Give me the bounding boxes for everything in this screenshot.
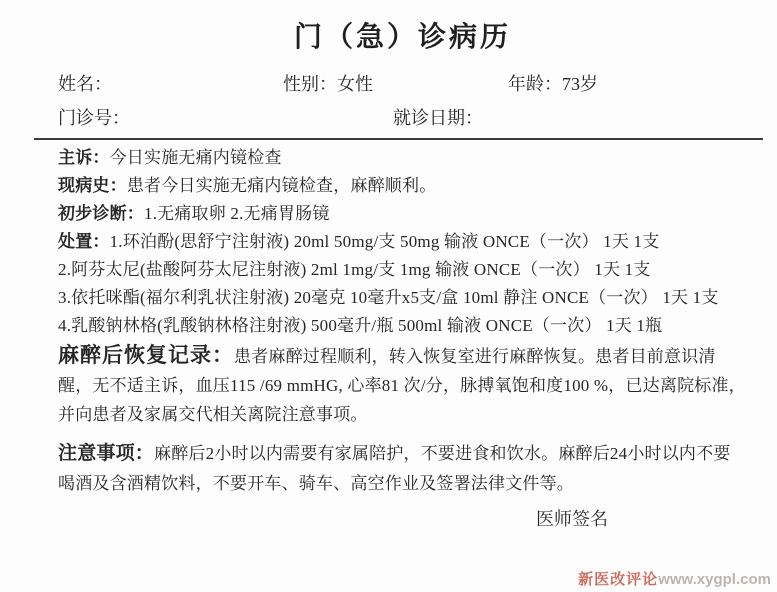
patient-name-label: 姓名： bbox=[58, 74, 112, 94]
patient-gender-label: 性别： bbox=[283, 74, 337, 94]
recovery-record-label: 麻醉后恢复记录： bbox=[58, 343, 234, 367]
page-title: 门（急）诊病历 bbox=[58, 20, 747, 56]
disposition-item-1-line: 处置：1.环泊酚(思舒宁注射液) 20ml 50mg/支 50mg 输液 ONC… bbox=[58, 228, 747, 256]
patient-gender-field: 性别：女性 bbox=[283, 72, 508, 96]
patient-age-value: 73岁 bbox=[562, 74, 598, 94]
physician-signature-label: 医师签名 bbox=[536, 509, 608, 529]
clinic-number-field: 门诊号： bbox=[58, 106, 393, 130]
visit-date-field: 就诊日期： bbox=[393, 106, 747, 130]
chief-complaint-text: 今日实施无痛内镜检查 bbox=[110, 148, 282, 167]
disposition-item-4-line: 4.乳酸钠林格(乳酸钠林格注射液) 500毫升/瓶 500ml 输液 ONCE（… bbox=[58, 312, 747, 340]
site-watermark: 新医改评论www.xygpl.com bbox=[578, 568, 771, 589]
preliminary-diagnosis-text: 1.无痛取卵 2.无痛胃肠镜 bbox=[144, 204, 330, 223]
chief-complaint-label: 主诉： bbox=[58, 148, 110, 167]
clinic-number-label: 门诊号： bbox=[58, 108, 130, 128]
disposition-label: 处置： bbox=[58, 232, 110, 251]
precautions-text: 麻醉后2小时以内需要有家属陪护，不要进食和饮水。麻醉后24小时以内不要喝酒及含酒… bbox=[58, 444, 731, 493]
preliminary-diagnosis-line: 初步诊断：1.无痛取卵 2.无痛胃肠镜 bbox=[58, 200, 747, 228]
disposition-item-1: 1.环泊酚(思舒宁注射液) 20ml 50mg/支 50mg 输液 ONCE（一… bbox=[110, 232, 660, 251]
present-illness-line: 现病史：患者今日实施无痛内镜检查，麻醉顺利。 bbox=[58, 172, 747, 200]
patient-gender-value: 女性 bbox=[337, 74, 373, 94]
patient-info-row-2: 门诊号： 就诊日期： bbox=[58, 106, 747, 130]
present-illness-text: 患者今日实施无痛内镜检查，麻醉顺利。 bbox=[127, 176, 437, 195]
disposition-item-2-line: 2.阿芬太尼(盐酸阿芬太尼注射液) 2ml 1mg/支 1mg 输液 ONCE（… bbox=[58, 256, 747, 284]
precautions-label: 注意事项： bbox=[58, 443, 154, 464]
preliminary-diagnosis-label: 初步诊断： bbox=[58, 204, 144, 223]
watermark-site-url: www.xygpl.com bbox=[658, 571, 771, 588]
disposition-item-3-line: 3.依托咪酯(福尔利乳状注射液) 20毫克 10毫升x5支/盒 10ml 静注 … bbox=[58, 284, 747, 312]
watermark-site-name: 新医改评论 bbox=[578, 571, 658, 588]
patient-info-row-1: 姓名： 性别：女性 年龄：73岁 bbox=[58, 72, 747, 96]
disposition-item-4: 4.乳酸钠林格(乳酸钠林格注射液) 500毫升/瓶 500ml 输液 ONCE（… bbox=[58, 316, 662, 335]
visit-date-label: 就诊日期： bbox=[393, 108, 483, 128]
medical-record-page: 门（急）诊病历 姓名： 性别：女性 年龄：73岁 门诊号： 就诊日期： 主诉：今… bbox=[0, 0, 777, 592]
physician-signature-line: 医师签名 bbox=[58, 507, 747, 531]
disposition-item-3: 3.依托咪酯(福尔利乳状注射液) 20毫克 10毫升x5支/盒 10ml 静注 … bbox=[58, 288, 719, 307]
patient-age-label: 年龄： bbox=[508, 74, 562, 94]
present-illness-label: 现病史： bbox=[58, 176, 127, 195]
disposition-item-2: 2.阿芬太尼(盐酸阿芬太尼注射液) 2ml 1mg/支 1mg 输液 ONCE（… bbox=[58, 260, 651, 279]
chief-complaint-line: 主诉：今日实施无痛内镜检查 bbox=[58, 144, 747, 172]
recovery-record-paragraph: 麻醉后恢复记录：患者麻醉过程顺利，转入恢复室进行麻醉恢复。患者目前意识清醒，无不… bbox=[58, 341, 747, 429]
precautions-paragraph: 注意事项：麻醉后2小时以内需要有家属陪护，不要进食和饮水。麻醉后24小时以内不要… bbox=[58, 439, 747, 499]
patient-name-field: 姓名： bbox=[58, 72, 283, 96]
header-divider bbox=[34, 138, 763, 140]
patient-age-field: 年龄：73岁 bbox=[508, 72, 747, 96]
